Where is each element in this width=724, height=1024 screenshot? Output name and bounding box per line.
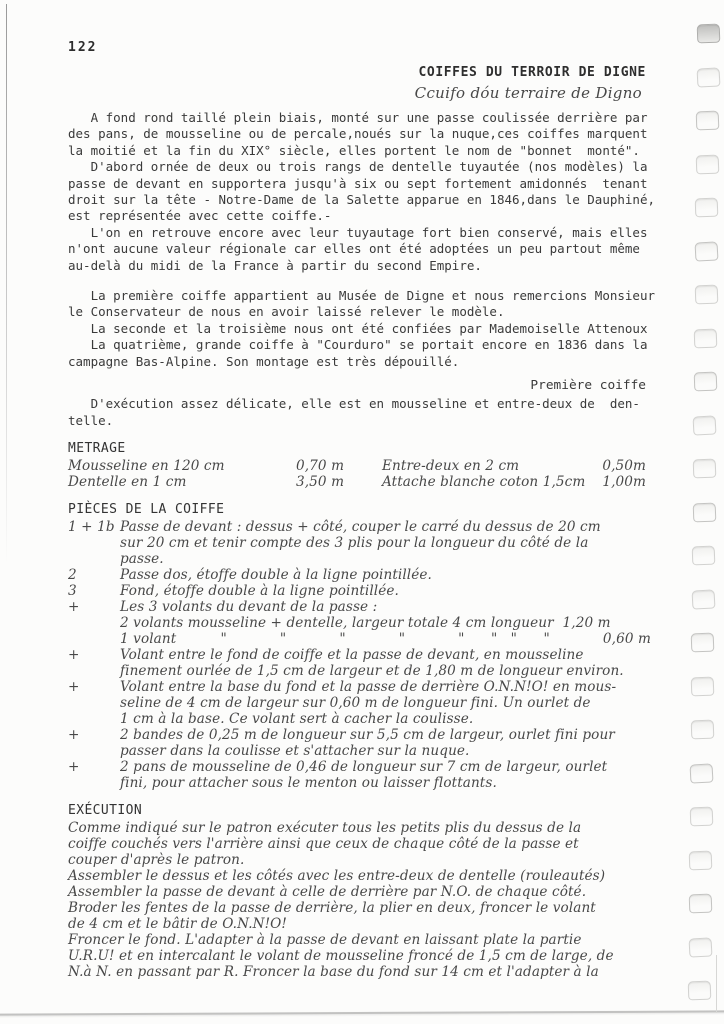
binding-hole [690,720,714,740]
section-heading-premiere-coiffe: Première coiffe [68,378,646,393]
metrage-row: Dentelle en 1 cm3,50 mAttache blanche co… [68,474,646,490]
binding-hole [694,328,718,348]
text-line: Froncer le fond. L'adapter à la passe de… [68,932,646,948]
piece-item: +2 pans de mousseline de 0,46 de longueu… [68,759,646,791]
piece-lines: 2 bandes de 0,25 m de longueur sur 5,5 c… [120,727,646,759]
piece-lines: Fond, étoffe double à la ligne pointillé… [120,583,646,599]
binding-hole [696,67,720,87]
binding-hole [691,633,715,653]
text-line: Comme indiqué sur le patron exécuter tou… [68,820,646,836]
piece-item: +Les 3 volants du devant de la passe :2 … [68,599,646,647]
binding-hole [693,459,717,479]
text-line: D'abord ornée de deux ou trois rangs de … [68,159,646,175]
intro-paragraphs: A fond rond taillé plein biais, monté su… [68,110,646,370]
text-line: campagne Bas-Alpine. Son montage est trè… [68,354,646,370]
metrage-row: Mousseline en 120 cm0,70 mEntre-deux en … [68,458,646,474]
page-content: 122 COIFFES DU TERROIR DE DIGNE Ccuifo d… [68,40,646,980]
metrage-cell: 0,50m [600,458,646,474]
execution-paragraphs: Comme indiqué sur le patron exécuter tou… [68,820,646,980]
text-line: des pans, de mousseline ou de percale,no… [68,126,646,142]
text-line: D'exécution assez délicate, elle est en … [68,396,646,412]
piece-marker: 3 [68,583,120,599]
metrage-heading: METRAGE [68,441,646,456]
paragraph: La quatrième, grande coiffe à "Courduro"… [68,337,646,370]
text-line: passer dans la coulisse et s'attacher su… [120,743,646,759]
piece-item: +2 bandes de 0,25 m de longueur sur 5,5 … [68,727,646,759]
binding-hole [692,546,716,566]
text-line: Assembler la passe de devant à celle de … [68,884,646,900]
pieces-heading: PIÈCES DE LA COIFFE [68,502,646,517]
piece-marker: + [68,647,120,679]
binding-hole [696,111,720,131]
binding-hole [691,589,715,609]
pieces-list: 1 + 1bPasse de devant : dessus + côté, c… [68,519,646,791]
piece-item: +Volant entre la base du fond et la pass… [68,679,646,727]
piece-item: 1 + 1bPasse de devant : dessus + côté, c… [68,519,646,567]
execution-heading: EXÉCUTION [68,803,646,818]
text-line: fini, pour attacher sous le menton ou la… [120,775,646,791]
binding-hole [690,763,714,783]
page-number: 122 [68,40,646,55]
binding-hole [689,894,713,914]
paragraph: La seconde et la troisième nous ont été … [68,321,646,337]
text-line: sur 20 cm et tenir compte des 3 plis pou… [120,535,646,551]
text-line: 2 pans de mousseline de 0,46 de longueur… [120,759,646,775]
text-line: La seconde et la troisième nous ont été … [68,321,646,337]
scanned-document-page: 122 COIFFES DU TERROIR DE DIGNE Ccuifo d… [0,0,724,1024]
text-line: est représentée avec cette coiffe.- [68,208,646,224]
piece-lines: Volant entre le fond de coiffe et la pas… [120,647,646,679]
page-right-edge [716,955,717,1013]
metrage-cell: 1,00m [600,474,646,490]
document-title: COIFFES DU TERROIR DE DIGNE [68,65,646,80]
binding-hole [692,502,716,522]
premiere-coiffe-paragraph: D'exécution assez délicate, elle est en … [68,396,646,429]
text-line: La quatrième, grande coiffe à "Courduro"… [68,337,646,353]
document-subtitle-provencal: Ccuifo dóu terraire de Digno [68,84,646,102]
text-line: coiffe couchés vers l'arrière ainsi que … [68,836,646,852]
piece-marker: + [68,679,120,727]
scan-edge-left [6,4,7,564]
binding-hole [688,937,712,957]
binding-hole [688,981,712,1001]
binding-hole [697,24,721,44]
piece-item: 2Passe dos, étoffe double à la ligne poi… [68,567,646,583]
piece-lines: Passe de devant : dessus + côté, couper … [120,519,646,567]
text-line: passe de devant en supportera jusqu'à si… [68,176,646,192]
binding-hole [695,154,719,174]
text-line: Volant entre le fond de coiffe et la pas… [120,647,646,663]
binding-hole [693,415,717,435]
text-line: passe. [120,551,646,567]
piece-marker: + [68,599,120,647]
piece-marker: 1 + 1b [68,519,120,567]
text-line: 1 cm à la base. Ce volant sert à cacher … [120,711,646,727]
text-line: finement ourlée de 1,5 cm de largeur et … [120,663,646,679]
text-line: de 4 cm et le bâtir de O.N.N!O! [68,916,646,932]
binding-hole [691,676,715,696]
text-line: couper d'après le patron. [68,852,646,868]
metrage-cell: Mousseline en 120 cm [68,458,296,474]
piece-lines: Les 3 volants du devant de la passe :2 v… [120,599,646,647]
text-line: le Conservateur de nous en avoir laissé … [68,304,646,320]
metrage-cell: Dentelle en 1 cm [68,474,296,490]
text-line: Les 3 volants du devant de la passe : [120,599,646,615]
paragraph: La première coiffe appartient au Musée d… [68,288,646,321]
metrage-cell: Entre-deux en 2 cm [382,458,600,474]
text-line: n'ont aucune valeur régionale car elles … [68,241,646,257]
text-line: droit sur la tête - Notre-Dame de la Sal… [68,192,646,208]
piece-marker: + [68,759,120,791]
text-line: au-delà du midi de la France à partir du… [68,258,646,274]
page-bottom-edge [0,1010,724,1015]
metrage-cell: 3,50 m [296,474,382,490]
binding-hole [695,241,719,261]
binding-hole [693,372,717,392]
binding-hole [694,285,718,305]
text-line: Volant entre la base du fond et la passe… [120,679,646,695]
text-line: 1 volant " " " " " " " " 0,60 m [120,631,646,647]
text-line: U.R.U! et en intercalant le volant de mo… [68,948,646,964]
piece-lines: Volant entre la base du fond et la passe… [120,679,646,727]
piece-lines: 2 pans de mousseline de 0,46 de longueur… [120,759,646,791]
metrage-cell: 0,70 m [296,458,382,474]
text-line: Assembler le dessus et les côtés avec le… [68,868,646,884]
text-line: L'on en retrouve encore avec leur tuyaut… [68,225,646,241]
text-line: 2 bandes de 0,25 m de longueur sur 5,5 c… [120,727,646,743]
binding-hole [695,198,719,218]
metrage-table: Mousseline en 120 cm0,70 mEntre-deux en … [68,458,646,490]
text-line: telle. [68,413,646,429]
piece-item: 3Fond, étoffe double à la ligne pointill… [68,583,646,599]
text-line: Passe dos, étoffe double à la ligne poin… [120,567,646,583]
text-line: Passe de devant : dessus + côté, couper … [120,519,646,535]
metrage-cell: Attache blanche coton 1,5cm [382,474,600,490]
text-line: Broder les fentes de la passe de derrièr… [68,900,646,916]
paragraph: L'on en retrouve encore avec leur tuyaut… [68,225,646,274]
text-line: la moitié et la fin du XIX° siècle, elle… [68,143,646,159]
text-line: La première coiffe appartient au Musée d… [68,288,646,304]
paragraph: D'abord ornée de deux ou trois rangs de … [68,159,646,225]
piece-marker: + [68,727,120,759]
piece-item: +Volant entre le fond de coiffe et la pa… [68,647,646,679]
binding-hole [689,807,713,827]
text-line: N.à N. en passant par R. Froncer la base… [68,964,646,980]
text-line: seline de 4 cm de largeur sur 0,60 m de … [120,695,646,711]
text-line: A fond rond taillé plein biais, monté su… [68,110,646,126]
text-line: 2 volants mousseline + dentelle, largeur… [120,615,646,631]
piece-lines: Passe dos, étoffe double à la ligne poin… [120,567,646,583]
text-line: Fond, étoffe double à la ligne pointillé… [120,583,646,599]
piece-marker: 2 [68,567,120,583]
paragraph: A fond rond taillé plein biais, monté su… [68,110,646,159]
binding-hole [689,850,713,870]
